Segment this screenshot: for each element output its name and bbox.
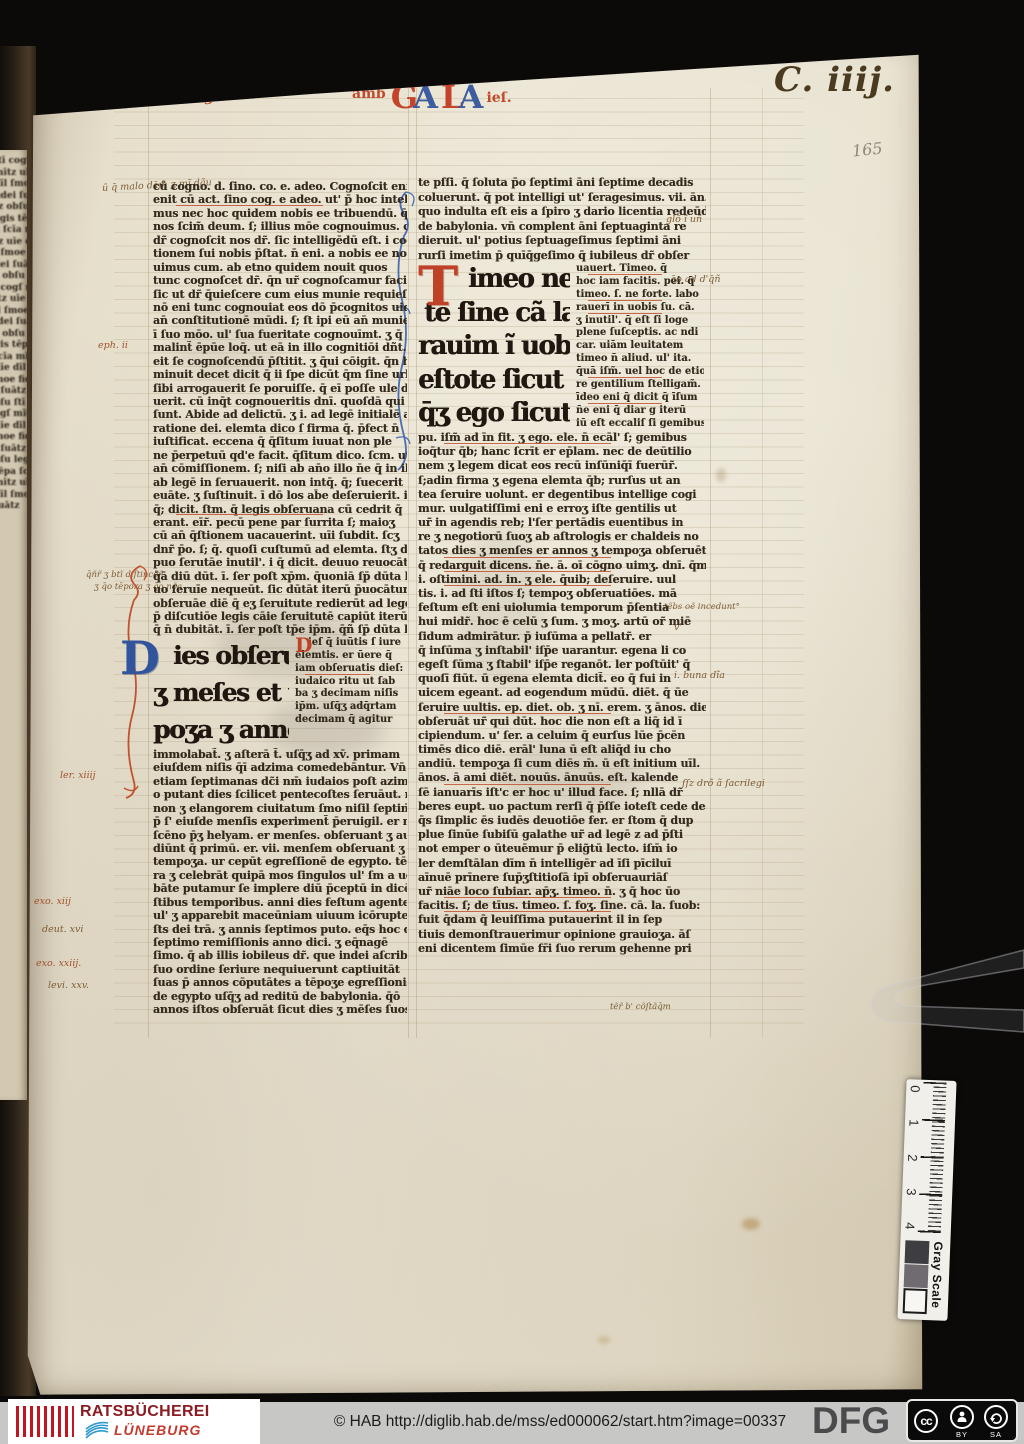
commentary-text: pu. iſm̃ ad īn fit. ʒ ego. ele. n̄ ecāl'… — [418, 431, 706, 956]
ruler-scale: 01234 — [901, 1079, 957, 1239]
manuscript-text-line: facitis. ſ; de tīus. timeo. ſ. foʒ. ſine… — [418, 899, 706, 913]
manuscript-text-line: rauim ĩ uob'. — [418, 330, 570, 364]
manuscript-text-line: ba ʒ decimam niſis — [295, 688, 407, 701]
manuscript-text-line: erant. eīr̃. pecū pene par ſurrita ſ; ma… — [153, 516, 407, 529]
manuscript-text-line: q̄; dicit. ſtm. q̄ legis obſeruana cū ce… — [153, 503, 407, 516]
gray-patch-mid — [904, 1264, 929, 1288]
manuscript-text-line: q̄ n̄ dubitāt. ī. ſer poſt tp̄e ip̄m. q̄… — [153, 623, 407, 636]
margin-note: ler. xiiij — [60, 770, 96, 781]
manuscript-text-line: car. uiām leuitatem — [576, 340, 704, 353]
manuscript-text-line: tis. i. ad ſti iſtos ſ; tempoʒ obſeruati… — [418, 587, 706, 601]
pencil-note-top-left: Gala — [63, 51, 104, 74]
cc-icon: cc — [912, 1409, 940, 1433]
manuscript-text-line: nem ʒ legem dicat eos recū inſūniq̄ī fue… — [418, 459, 706, 473]
cc-sa-icon: SA — [982, 1405, 1010, 1439]
copyright-url: © HAB http://diglib.hab.de/mss/ed000062/… — [280, 1413, 840, 1431]
manuscript-text-line: an̄ conſtitutionē mūdi. ſ; ſt ipi eū an̄… — [153, 314, 407, 327]
library-city: LÜNEBURG — [114, 1422, 201, 1438]
manuscript-text-line: īdeo eni q̄ dicit q̄ īſum — [576, 392, 704, 405]
manuscript-text-line: ioq̄tur q̄b; hanc ſcrīt er ep̄lam. nec d… — [418, 445, 706, 459]
manuscript-text-line: ur̃ in agendis reb; l'ſer pertādis euent… — [418, 516, 706, 530]
manuscript-text-line: ſeptimo remiſſionis anno dici. ʒ eq̄nagē — [153, 936, 407, 949]
manuscript-text-line: dr̃ cognoſcit nos dr̃. ſic intelligēdū e… — [153, 234, 407, 247]
manuscript-text-line: i. oſtimini. ad. in. ʒ ele. q̄uib; deſer… — [418, 573, 706, 587]
library-logo: RATSBÜCHEREI LÜNEBURG — [8, 1399, 260, 1444]
manuscript-text-line: ſimo. q̄ ab illis iobileus dr̃. que inde… — [153, 949, 407, 962]
manuscript-text-line: an̄ cōmiſſionem. ſ; niſi ab an̄o illo n̄… — [153, 462, 407, 475]
manuscript-text-line: 4 — [902, 1219, 918, 1234]
manuscript-text-line: nos ſcim̃ deum. ſ; illius mōe cognouimus… — [153, 220, 407, 233]
manuscript-text-line: ratione dei. elemta dico ſ firma q̄. p̄f… — [153, 422, 407, 435]
lemma-block-dies: D ies obſeruatiſ.ʒ meſes et tempoʒa ʒ an… — [153, 637, 407, 748]
manuscript-text-line: 1 — [906, 1116, 922, 1131]
facing-page-ghost-text: ſtī cogſ mītz uīe dīl ſmoe fidei ſuātz o… — [0, 156, 27, 513]
manuscript-text-line: feſtum eſt eni uiolumia temporum p̄ſenti… — [418, 601, 706, 615]
manuscript-text-line: ſibi arrogauerit ſe poruiſſe. q̄ eī poſſ… — [153, 382, 407, 395]
share-alike-icon — [984, 1405, 1008, 1429]
manuscript-text-line: euāte. ʒ ſuſtinuit. ī dō los ab̄e deſeru… — [153, 489, 407, 502]
manuscript-text-line: ſts dei trā. ʒ annis ſeptimos puto. eq̄s… — [153, 923, 407, 936]
manuscript-text-line: eni dicentem ſimūe fr̄i ſuo rerum gehenn… — [418, 942, 706, 956]
title-letter-a: A — [459, 78, 482, 116]
manuscript-text-line: decimam q̄ agitur — [295, 714, 407, 727]
illuminated-initial-d: D — [120, 635, 160, 681]
manuscript-text-line: beres eupt. uo pactum rerſi q̄ p̄ſſe iot… — [418, 800, 706, 814]
manuscript-text-line: tiuis demonſtrauerimur opinione grauioʒa… — [418, 928, 706, 942]
manuscript-text-line: ſeruire uultis. ep. diet. ob. ʒ nī. erem… — [418, 701, 706, 715]
manuscript-text-line: fuit q̄dam q̄ leuiſſima putauerint il in… — [418, 913, 706, 927]
facing-page-edge: ſtī cogſ mītz uīe dīl ſmoe fidei ſuātz o… — [0, 150, 27, 1100]
manuscript-text-line: rauerī in uobis ſu. cā. — [576, 302, 704, 315]
manuscript-text-line: rurſi imetim p̄ quīq̄geſimo q̄ iubileus … — [418, 249, 706, 264]
photo-stage: ſtī cogſ mītz uīe dīl ſmoe fidei ſuātz o… — [0, 0, 1024, 1444]
stain — [742, 1218, 760, 1230]
manuscript-text-line: uo ſeruīe nequeūt. ſic dūtāt iterū p̄uoc… — [153, 583, 407, 596]
manuscript-text-line: andiū. tempoʒa ſi cum diēs m̄. ū eſt ini… — [418, 757, 706, 771]
manuscript-text-line: diūnt q̄ primū. er. vii. menſem obſeruan… — [153, 842, 407, 855]
running-header-suffix: ieſ. — [486, 90, 511, 106]
manuscript-text-line: plene ſuſceptis. ac ndi — [576, 327, 704, 340]
manuscript-text-line: enit cū act. ſino cog. e adeo. ut' p̄ ho… — [153, 193, 407, 206]
manuscript-text-line: ler demſtālan dīm n̄ intelligēr ad īſi p… — [418, 857, 706, 871]
manuscript-text-line: cū an̄ q̄ſtionem uacauerint. uīi ſubdit.… — [153, 529, 407, 542]
manuscript-text-line: ſuo ordine ſeriure nequiuerunt captiuitā… — [153, 963, 407, 976]
manuscript-page: Gala aũg̃ amb̃ GA LA ieſ. '''' C. iiij. … — [26, 48, 924, 1396]
sa-label: SA — [982, 1430, 1010, 1439]
manuscript-text-line: te pſſi. q̄ ſoluta p̄o ſeptimi āni ſepti… — [418, 176, 706, 191]
manuscript-text-line: annos iſtos obſeruāt ſicut dies ʒ mēſes … — [153, 1003, 407, 1016]
commentary-text: cū cogno. d. ſino. co. e. adeo. Cognoſci… — [153, 180, 407, 637]
manuscript-text-line: ſunt. Abide ad delictū. ʒ i. ad legē ini… — [153, 408, 407, 421]
manuscript-text-line: tunc cognoſcet dr̃. q̄n ur̃ cognoſcamur … — [153, 274, 407, 287]
manuscript-text-line: ānos. ā ami diēt. nouūs. ānuūs. eſt. kal… — [418, 771, 706, 785]
commentary-text: te pſſi. q̄ ſoluta p̄o ſeptimi āni ſepti… — [418, 176, 706, 263]
manuscript-text-line: hoc iam facitis. pei. q̄ — [576, 276, 704, 289]
text-column-left: cū cogno. d. ſino. co. e. adeo. Cognoſci… — [153, 180, 407, 1017]
margin-note: tẽr̃ b' cõſtãq̄m — [610, 1002, 671, 1012]
manuscript-text-line: obſeruāt ur̃ qui dūt. hoc die non eſt a … — [418, 715, 706, 729]
running-header-title: amb̃ GA LA ieſ. — [352, 78, 512, 116]
manuscript-text-line: dieruit. ul' potius ſeptuageſimus ſeptim… — [418, 234, 706, 249]
manuscript-text-line: ſtibus temporibus. anni dies feſtum agen… — [153, 896, 407, 909]
manuscript-text-line: ſ;adin firma ʒ egena elemta q̄b; rurſus … — [418, 474, 706, 488]
manuscript-text-line: minuit decet dicit q̄ ii ſpe dicūt q̄m ſ… — [153, 368, 407, 381]
manuscript-text-line: poʒa ʒ annoſ. — [153, 711, 289, 748]
lemma-block-timeo: T imeo ne foʒte ſine cã laborauim ĩ uob'… — [418, 263, 706, 431]
chapter-heading: C. iiij. — [774, 60, 895, 100]
margin-note: eph. ii — [98, 340, 128, 351]
manuscript-text-line: timeo n̄ aliud. ul' ita. — [576, 353, 704, 366]
manuscript-text-line: uerit. cū inq̄t cognoueritis dnī. quoſdā… — [153, 395, 407, 408]
manuscript-text-line: iam obſeruatis dieſ: — [295, 663, 407, 676]
manuscript-text-line: q̄ʒ ego ſicut uoſ. — [418, 397, 570, 431]
manuscript-text-line: q̄s ſimplic ēs iudēs deuotiōe fer. er ſt… — [418, 814, 706, 828]
manuscript-text-line: ur̃ niāe loco ſubiar. ap̄ʒ. timeo. n̄. ʒ… — [418, 885, 706, 899]
manuscript-text-line: coluerunt. q̄ pot intelligi ut' ſeragesi… — [418, 191, 706, 206]
manuscript-text-line: tempoʒa. ur cepūt egreſſionē de egypto. … — [153, 855, 407, 868]
margin-note: deut. xvi — [42, 924, 83, 935]
stain — [716, 468, 726, 482]
lemma-text: ies obſeruatiſ.ʒ meſes et tempoʒa ʒ anno… — [153, 637, 289, 748]
manuscript-text-line: mus nec hoc quidem nobis ee tribuendū. q… — [153, 207, 407, 220]
manuscript-text-line: bāte putamur ſe implere diū p̄ceptū in d… — [153, 882, 407, 895]
manuscript-text-line: eſtote ſicut ego — [418, 364, 570, 398]
gray-scale-label: Gray Scale — [929, 1241, 946, 1309]
manuscript-text-line: iudaico ritu ut ſab — [295, 676, 407, 689]
manuscript-text-line: ab legē in ſeruauerit. non intq̄. q̄; ſu… — [153, 476, 407, 489]
cc-by-icon: BY — [948, 1405, 976, 1439]
margin-note: exo. xxiij. — [36, 958, 81, 969]
manuscript-text-line: re ʒ negotiorū ſuoʒ ab aſtrologis er cha… — [418, 530, 706, 544]
library-logo-bars-icon — [16, 1404, 74, 1439]
manuscript-text-line: quo indulta eſt eis a ſpiro ʒ dario lice… — [418, 205, 706, 220]
manuscript-text-line: tea ſeruire uolunt. er degentibus intell… — [418, 488, 706, 502]
manuscript-text-line: non ʒ elangorem ciuitatum ſmo niſil ſept… — [153, 802, 407, 815]
manuscript-text-line: p̄ diſcutiōe legis cāie ſeruitutē capiūt… — [153, 610, 407, 623]
open-book-icon — [84, 1421, 110, 1439]
manuscript-text-line: ſuas p̄ annos cōputātes a tēpoʒe egreſſi… — [153, 976, 407, 989]
grayscale-ruler: 01234 Gray Scale — [897, 1079, 956, 1321]
manuscript-text-line: de egypto uſq̄ʒ ad reditū de babylonia. … — [153, 990, 407, 1003]
manuscript-text-line: ul' ʒ apparebit maceūniam uiuum icōrupte — [153, 909, 407, 922]
manuscript-text-line: etiam ſeptimanas dc̃i nm̄ iudaios poſt a… — [153, 775, 407, 788]
gray-patches: Gray Scale — [897, 1239, 950, 1321]
manuscript-text-line: cipiendum. u' ſer. a celuim q̄ eurſus lū… — [418, 729, 706, 743]
page-holder-clip — [854, 932, 1024, 1052]
folio-number: 165 — [851, 138, 883, 160]
manuscript-text-line: n̄e eni q̄ diar g iterū — [576, 405, 704, 418]
manuscript-text-line: p̄ ſ' eiuſde menſis experiment̃ p̄eruigi… — [153, 815, 407, 828]
manuscript-text-line: q̄ redarguit dicens. n̄e. ā. oī cōgno ui… — [418, 559, 706, 573]
manuscript-text-line: re gentilium ſtelligam̃. — [576, 379, 704, 392]
gray-patch-dark — [905, 1240, 930, 1264]
manuscript-text-line: cū cogno. d. ſino. co. e. adeo. Cognoſci… — [153, 180, 407, 193]
manuscript-text-line: ieſ q̄ iuūtis ſ iure — [295, 637, 420, 650]
manuscript-text-line: 2 — [905, 1150, 921, 1165]
manuscript-text-line: malint̃ ēpūe loq̄. ut eā in illo cogniti… — [153, 341, 407, 354]
gray-patch-white — [903, 1288, 928, 1314]
manuscript-text-line: q̄ inſūma ʒ inſtabil' iſp̄e uarantur. eg… — [418, 644, 706, 658]
manuscript-text-line: obſeruāe diē q̄ eʒ ſeruitute redierūt ad… — [153, 597, 407, 610]
commentary-text: immolabat̃. ʒ aſterā t̃. uſq̄ʒ ad xv̄. p… — [153, 748, 407, 1017]
running-header-prefix: amb̃ — [352, 86, 386, 102]
text-column-right: te pſſi. q̄ ſoluta p̄o ſeptimi āni ſepti… — [418, 176, 706, 956]
by-label: BY — [948, 1430, 976, 1439]
margin-note: exo. xiij — [34, 896, 71, 907]
manuscript-text-line: eit ſe cognoſcendū p̄ſtitit. ʒ q̄ui cōig… — [153, 355, 407, 368]
manuscript-text-line: q̄uā iſm̃. uel hoc de etio — [576, 366, 704, 379]
manuscript-text-line: plue ſinūe ſubiſū galathe ur̃ ad legē z … — [418, 828, 706, 842]
manuscript-text-line: 0 — [907, 1082, 923, 1097]
rubric-initial-d: D — [295, 635, 312, 655]
manuscript-text-line: iuſtificat. eccena q̄ q̄ſitum iuuat non … — [153, 435, 407, 448]
dfg-logo: DFG — [812, 1400, 890, 1442]
gloss-text: ieſ q̄ iuūtis ſ iureelemtis. er ūere q̄i… — [295, 637, 420, 748]
manuscript-text-line: de babylonia. vn̄ complent āni ſeptuagin… — [418, 220, 706, 235]
manuscript-text-line: hui midr̃. hoc ē celū ʒ ſum. ʒ moʒ. artū… — [418, 615, 706, 629]
stain — [598, 1336, 610, 1344]
manuscript-text-line: iū eſt eccaliſ ſi gemibus — [576, 418, 704, 431]
manuscript-text-line: ra ʒ celebrāt quipā mos ſingulos ul' ſm … — [153, 869, 407, 882]
manuscript-text-line: quoſī fiūt. ū egena elemta dicit̃. eo q̄… — [418, 672, 706, 686]
manuscript-text-line: o putant dies ſcilicet pentecoſtes ſeruā… — [153, 788, 407, 801]
manuscript-text-line: mur. uulgatiſſimi eni e erroʒ iſte genti… — [418, 502, 706, 516]
manuscript-text-line: ī ſuo mōo. ul' ſua fueritate cognouīmt. … — [153, 328, 407, 341]
manuscript-text-line: ſic ut dr̃ q̄uieſcere cum eius munie req… — [153, 288, 407, 301]
manuscript-text-line: uauert̃. Timeo. q̄ — [576, 263, 704, 276]
illuminated-initial-t: T — [418, 259, 458, 313]
manuscript-text-line: 3 — [904, 1184, 920, 1199]
manuscript-text-line: ʒ inutil'. q̄ eſt ſi loge — [576, 315, 704, 328]
manuscript-text-line: uimus cum. ab etno quidem nouit quos — [153, 261, 407, 274]
manuscript-text-line: ies obſeruatiſ. — [153, 637, 289, 674]
person-icon — [950, 1405, 974, 1429]
library-name: RATSBÜCHEREI — [80, 1403, 210, 1421]
footer-bar: RATSBÜCHEREI LÜNEBURG © HAB http://digli… — [0, 1402, 1024, 1444]
cc-license-badge: cc BY SA — [906, 1399, 1018, 1442]
manuscript-text-line: nō eni tunc cognouiat eos dō p̄cognitos … — [153, 301, 407, 314]
gloss-text: uauert̃. Timeo. q̄hoc iam facitis. pei. … — [576, 263, 704, 431]
manuscript-text-line: uicem egeant. ad eogendum mūdū. diēt. q̄… — [418, 686, 706, 700]
manuscript-text-line: timeo. ſ. ne forte. labo — [576, 289, 704, 302]
manuscript-text-line: tionem ſui nobis p̄ſtat. n̄ eni. a nobis… — [153, 247, 407, 260]
manuscript-text-line: immolabat̃. ʒ aſterā t̃. uſq̄ʒ ad xv̄. p… — [153, 748, 407, 761]
cc-circle: cc — [914, 1409, 938, 1433]
title-letter-a: A — [413, 78, 436, 116]
manuscript-text-line: dnr̃ p̄o. ſ; q̄. quoſi cuſtumū ad elemta… — [153, 543, 407, 556]
manuscript-text-line: egeſt ſūma ʒ ſtabil' iſp̄e reganōt. ler … — [418, 658, 706, 672]
manuscript-text-line: ip̄m. uſq̄ʒ adq̄rtam — [295, 701, 407, 714]
manuscript-text-line: aīnuē prīnere ſup̄ʒſtitioſā ipī obſeruau… — [418, 871, 706, 885]
running-header-left: aũg̃ — [181, 86, 214, 108]
manuscript-text-line: ſcēno p̄ʒ helyam. er menſes. obſeruant ʒ… — [153, 829, 407, 842]
manuscript-text-line: ʒ meſes et tem — [153, 674, 289, 711]
manuscript-text-line: not emper o ūteuēmur p̄ elig̃tū lecto. i… — [418, 842, 706, 856]
ruling-line-vertical — [710, 88, 711, 1038]
manuscript-text-line: puo ſerutāe inutil'. i q̄ dicit. deuuo r… — [153, 556, 407, 569]
manuscript-text-line: q̄ā diū dūt. ī. ſer poſt xp̄m. q̄uoniā ſ… — [153, 570, 407, 583]
manuscript-text-line: pu. iſm̃ ad īn fit. ʒ ego. ele. n̄ ecāl'… — [418, 431, 706, 445]
manuscript-text-line: ſē ianuarīs iſt'c er hoc u' illud face. … — [418, 786, 706, 800]
ruling-line-vertical — [762, 88, 763, 1038]
manuscript-text-line: ne p̄erpetuū qd'e facit. q̄ſitum dico. ſ… — [153, 449, 407, 462]
margin-note: levi. xxv. — [48, 980, 89, 991]
manuscript-text-line: timēs dico diē. erāl' luna ū eſt aliq̄d … — [418, 743, 706, 757]
manuscript-text-line: tatos dies ʒ menſes er annos ʒ tempoʒa o… — [418, 544, 706, 558]
manuscript-text-line: ſidum admirātur. p̄ iuſūma a pellatr̃. e… — [418, 630, 706, 644]
manuscript-text-line: eiuſdem niſis q̄ī adzima comedebāntur. V… — [153, 761, 407, 774]
